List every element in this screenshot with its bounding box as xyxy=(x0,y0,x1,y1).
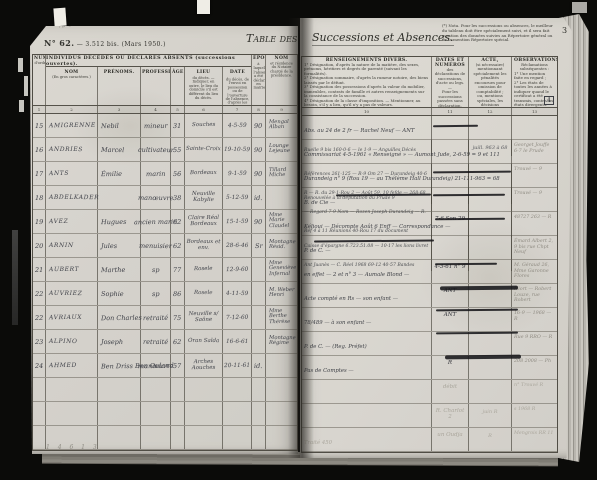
col-header-dates-numeros: DATES ET NUMÉROS des déclarations de suc… xyxy=(432,57,469,107)
cell-date: 5-12-59 xyxy=(223,186,252,209)
cell-numero: 17 xyxy=(33,162,46,185)
register-row: 16 Andries Marcel cultivateur 55 Sainte-… xyxy=(33,138,297,162)
cell-numero xyxy=(33,402,46,425)
cell-notaire xyxy=(266,426,297,449)
col-number: 8 xyxy=(252,106,266,113)
cell-dates-numeros xyxy=(432,332,469,355)
register-row: 22 Auvriez Sophie sp 86 Rosele 4-11-59 M… xyxy=(33,282,297,306)
entry-age: 38 xyxy=(173,193,181,201)
cell-acte xyxy=(469,332,512,355)
entry-nom: Avez xyxy=(49,218,68,225)
cell-epoque xyxy=(252,402,266,425)
cell-numero: 22 xyxy=(33,306,46,329)
cell-renseignements: Acte compté en Rs — son enfant — xyxy=(302,284,432,307)
entry-profession: marin xyxy=(146,169,166,177)
entry-lieu: Arches Aouches xyxy=(185,360,222,372)
cell-notaire: Mme Geneviève Infernal xyxy=(266,258,297,281)
form-number-bold: N° 62. xyxy=(44,38,74,48)
entry-numero: 16 xyxy=(35,145,43,153)
col-number: 11 xyxy=(432,108,469,115)
cell-profession: mineur xyxy=(141,114,171,137)
entry-dates: ANT xyxy=(434,312,466,318)
entry-numero: 21 xyxy=(35,265,43,273)
cell-dates-numeros: R. Charlot 2 xyxy=(432,404,469,427)
cell-lieu: Bordeaux xyxy=(185,162,223,185)
entry-prenoms: Jules xyxy=(101,241,117,249)
col-header-lieu: LIEU du décès. — Indiquer, en outre, le … xyxy=(185,67,223,105)
entry-epoque: id. xyxy=(254,193,262,201)
entry-nom: Avriaux xyxy=(49,314,82,321)
form-number: N° 62. — 3.512 bis. (Mars 1950.) xyxy=(44,38,166,48)
entry-epoque: 90 xyxy=(254,121,262,129)
cell-epoque: 90 xyxy=(252,114,266,137)
col-label: PROFESSIONS. xyxy=(142,70,169,75)
cell-observations: s 1968 R xyxy=(512,404,557,427)
cell-lieu: Neuville s/ Saône xyxy=(185,306,223,329)
entry-epoque: 90 xyxy=(254,217,262,225)
entry-prenoms: Émilie xyxy=(101,169,122,177)
cell-prenoms: Ben Driss Ben Ouland xyxy=(98,354,141,377)
entry-observations: M. Géraud 26, Mme Garonne Flores xyxy=(514,263,555,280)
page-title-right: Successions et Absences. xyxy=(312,31,454,46)
cell-age: 62 xyxy=(171,330,185,353)
col-note: 4° Désignation de la classe d'imposition… xyxy=(304,99,429,107)
entry-nom: Ahmed xyxy=(49,362,77,369)
cell-notaire xyxy=(266,354,297,377)
cell-lieu: Rosele xyxy=(185,282,223,305)
cell-numero xyxy=(33,426,46,449)
col-header-observations: OBSERVATIONS. Réclamations subséquentes … xyxy=(512,57,557,107)
entry-lieu: Bordeaux et env. xyxy=(185,240,222,252)
cell-age: 56 xyxy=(171,162,185,185)
col-number: 10 xyxy=(302,108,432,115)
entry-notaire: Mme Marie Claudel xyxy=(269,213,297,230)
cell-date: 16-6-61 xyxy=(223,330,252,353)
scanned-register-spread: 72 4 N° 62. — 3.512 bis. (Mars 1950.) Ta… xyxy=(0,0,597,480)
cell-epoque xyxy=(252,426,266,449)
entry-age: 62 xyxy=(173,241,181,249)
register-row: 23 Alpino Joseph retraité 62 Oran Saïda … xyxy=(33,330,297,354)
entry-lieu: Oran Saïda xyxy=(188,339,219,345)
col-group-individus: INDIVIDUS DÉCÉDÉS OU DÉCLARÉS ABSENTS (s… xyxy=(46,55,252,105)
cell-date: 12-9-60 xyxy=(223,258,252,281)
entry-prenoms: Joseph xyxy=(101,337,123,345)
cell-age: 86 xyxy=(171,282,185,305)
register-row-notes: P. de C. — Émard Albert 2, 9 bis rue Chp… xyxy=(302,236,557,260)
register-row-notes: B. de Cie — Trouvé — 9 xyxy=(302,188,557,212)
cell-age: 62 xyxy=(171,234,185,257)
cell-prenoms: Don Charles xyxy=(98,306,141,329)
col-number: 4 xyxy=(141,106,171,113)
register-row: 19 Avez Hugues ancien marin 62 Claire Ré… xyxy=(33,210,297,234)
cell-profession: retraité xyxy=(141,330,171,353)
cell-numero: 15 xyxy=(33,114,46,137)
entry-prenoms: Sophie xyxy=(101,289,124,297)
register-row-notes: Durandeig n° 9 (Rou 19 — au Thélème Hall… xyxy=(302,164,557,188)
cell-epoque: id. xyxy=(252,186,266,209)
cell-numero xyxy=(33,378,46,401)
entry-profession: sp xyxy=(152,265,160,273)
col-number: 2 xyxy=(46,106,98,113)
col-number: 6 xyxy=(185,106,223,113)
cell-age: 38 xyxy=(171,186,185,209)
cell-renseignements: Pas de Comptes — xyxy=(302,356,432,379)
column-numbers-row: 10 11 12 13 xyxy=(302,108,557,116)
cell-renseignements xyxy=(302,404,432,427)
page-number: 3 xyxy=(562,26,567,35)
col-header-professions: PROFESSIONS. xyxy=(141,67,171,105)
cell-renseignements: en effet — 2 et n° 3 — Aumale Blond — xyxy=(302,260,432,283)
footnote: (*) Nota. Pour les successions ou absenc… xyxy=(442,24,554,43)
cell-numero: 23 xyxy=(33,330,46,353)
cell-prenoms: Marthe xyxy=(98,258,141,281)
entry-notaire: Montagne Résid. xyxy=(269,240,297,251)
entry-nom: Amigrenne xyxy=(49,122,96,130)
col-header-numero: NUMÉRO d'ordre. xyxy=(33,55,46,105)
register-row: 21 Aubert Marthe sp 77 Rosele 12-9-60 Mm… xyxy=(33,258,297,282)
entry-epoque: id. xyxy=(254,361,262,369)
entry-nom: Alpino xyxy=(49,338,78,345)
cell-epoque: id. xyxy=(252,354,266,377)
cell-age xyxy=(171,426,185,449)
entry-notaire: Montagne Régime xyxy=(269,336,297,347)
entry-lieu: Souches xyxy=(192,122,215,128)
entry-dates: R. Charlot 2 xyxy=(434,408,466,420)
entry-date: 19-10-59 xyxy=(224,146,250,152)
col-note: (En gros caractères.) xyxy=(49,75,93,79)
cell-nom: Abdelkader xyxy=(46,186,98,209)
register-row: 24 Ahmed Ben Driss Ben Ouland manœuvre 5… xyxy=(33,354,297,378)
entry-observations: Mengrois RR 11 xyxy=(514,431,555,437)
page-title-left: Table des xyxy=(246,32,297,45)
cell-age xyxy=(171,378,185,401)
cell-epoque: Sr xyxy=(252,234,266,257)
cell-nom: Andries xyxy=(46,138,98,161)
cell-profession: retraité xyxy=(141,306,171,329)
entry-profession: cultivateur xyxy=(138,145,174,153)
entry-epoque: 90 xyxy=(254,169,262,177)
cell-nom: Alpino xyxy=(46,330,98,353)
entry-numero: 15 xyxy=(35,121,43,129)
entry-notaire: Mengal Alban xyxy=(269,120,297,131)
cell-nom: Ants xyxy=(46,162,98,185)
cell-profession: manœuvre xyxy=(141,354,171,377)
cell-lieu: Claire Réal Bordeaux xyxy=(185,210,223,233)
cell-acte xyxy=(469,284,512,307)
entry-lieu: Sainte-Croix xyxy=(186,146,221,152)
cell-renseignements xyxy=(302,380,432,403)
cell-epoque xyxy=(252,378,266,401)
cell-observations: 208 2008 — Ph xyxy=(512,356,557,379)
entry-renseignements: Pas de Comptes — xyxy=(304,368,354,374)
right-page: Successions et Absences. (*) Nota. Pour … xyxy=(300,18,572,458)
register-row-notes: Traité 450 un Oudja R Mengrois RR 11 xyxy=(302,428,557,452)
cell-nom: Amigrenne xyxy=(46,114,98,137)
entry-numero: 22 xyxy=(35,289,43,297)
entry-observations: 208 2008 — Ph xyxy=(514,359,555,365)
entry-nom: Ants xyxy=(49,170,69,177)
cell-lieu: Bordeaux et env. xyxy=(185,234,223,257)
col-number: 3 xyxy=(98,106,141,113)
col-note: du décès, de l'envoi en possession ou de… xyxy=(225,78,249,105)
cell-nom xyxy=(46,378,98,401)
entry-lieu: Bordeaux xyxy=(190,170,217,176)
entry-prenoms: Hugues xyxy=(101,217,126,225)
cell-profession: manœuvre xyxy=(141,186,171,209)
cell-date xyxy=(223,426,252,449)
entry-age: 77 xyxy=(173,265,181,273)
entry-nom: Arnin xyxy=(49,242,74,249)
cell-epoque xyxy=(252,306,266,329)
col-number: 7 xyxy=(223,106,252,113)
entry-date: 28-6-46 xyxy=(226,242,248,248)
col-note: des déclarations de successions, d'acte … xyxy=(434,68,466,86)
entry-date: 4-11-59 xyxy=(226,290,248,296)
cell-observations: M. Géraud 26, Mme Garonne Flores xyxy=(512,260,557,283)
col-header-prenoms: PRÉNOMS. xyxy=(98,67,141,105)
cell-prenoms xyxy=(98,186,141,209)
cell-profession: cultivateur xyxy=(141,138,171,161)
entry-notaire: M. Weber Henri xyxy=(269,288,297,299)
col-note: mentionnant spécialement les pénalités e… xyxy=(471,67,509,94)
cell-numero: 19 xyxy=(33,210,46,233)
cell-date: 9-1-59 xyxy=(223,162,252,185)
entry-dates: 4-3-61 n° 9 xyxy=(434,264,466,270)
cell-nom: Avez xyxy=(46,210,98,233)
cell-age: 55 xyxy=(171,138,185,161)
entry-notaire: Mme Geneviève Infernal xyxy=(269,261,297,278)
entry-acte: juin R xyxy=(471,409,509,415)
cell-dates-numeros xyxy=(432,188,469,211)
entry-date: 20-11-61 xyxy=(224,362,250,368)
cell-date: 4-11-59 xyxy=(223,282,252,305)
cell-prenoms: Jules xyxy=(98,234,141,257)
entry-observations: 48727 263 — R xyxy=(514,215,555,221)
pencil-page-marks: 1 4 6 1 3 xyxy=(46,444,100,451)
cell-numero: 18 xyxy=(33,186,46,209)
entry-dates: débit xyxy=(434,384,466,390)
cell-acte xyxy=(469,380,512,403)
col-header-renseignements: RENSEIGNEMENTS DIVERS. 1° Désignation, d… xyxy=(302,57,432,107)
cell-profession: sp xyxy=(141,282,171,305)
entry-notaire: Mme Berthe Thérèse xyxy=(269,309,297,326)
cell-date: 15-1-59 xyxy=(223,210,252,233)
cell-lieu: Souches xyxy=(185,114,223,137)
entry-lieu: Neuville Kabylie xyxy=(185,192,222,204)
cell-lieu xyxy=(185,426,223,449)
cell-profession xyxy=(141,426,171,449)
col-number: 1 xyxy=(33,106,46,113)
cell-lieu xyxy=(185,402,223,425)
cell-prenoms: Nebil xyxy=(98,114,141,137)
cell-nom xyxy=(46,402,98,425)
col-number: 13 xyxy=(512,108,557,115)
cell-prenoms: Marcel xyxy=(98,138,141,161)
entry-numero: 24 xyxy=(35,361,43,369)
group-header-band: INDIVIDUS DÉCÉDÉS OU DÉCLARÉS ABSENTS (s… xyxy=(46,55,251,67)
entry-profession: retraité xyxy=(143,337,168,345)
cell-observations: 16-9 — 1968 — R xyxy=(512,308,557,331)
cell-date: 20-11-61 xyxy=(223,354,252,377)
cell-profession: sp xyxy=(141,258,171,281)
film-edge-mark xyxy=(24,76,28,96)
entry-observations: Trouvé — 9 xyxy=(514,191,555,197)
entry-profession: sp xyxy=(152,289,160,297)
entry-date: 5-12-59 xyxy=(226,194,248,200)
cell-epoque xyxy=(252,330,266,353)
entry-profession: menuisier xyxy=(139,241,172,249)
entry-dates: un Oudja xyxy=(434,432,466,438)
register-row-notes: en effet — 2 et n° 3 — Aumale Blond — 4-… xyxy=(302,260,557,284)
cell-age: 75 xyxy=(171,306,185,329)
col-header-notaire: NOM et résidence du Notaire chargé de la… xyxy=(266,55,297,105)
cell-dates-numeros: 4-3-61 n° 9 xyxy=(432,260,469,283)
entry-observations: Niort — Robert Louze, rue Robert xyxy=(514,287,555,304)
cell-acte xyxy=(469,188,512,211)
cell-lieu: Oran Saïda xyxy=(185,330,223,353)
cell-nom: Aubert xyxy=(46,258,98,281)
cell-notaire: Tillard Miche xyxy=(266,162,297,185)
cell-lieu: Rosele xyxy=(185,258,223,281)
cell-numero: 16 xyxy=(33,138,46,161)
col-note: 1° Désignation, d'après la nature de la … xyxy=(304,63,429,76)
cell-date: 19-10-59 xyxy=(223,138,252,161)
cell-acte xyxy=(469,236,512,259)
entry-acte: R xyxy=(471,433,509,439)
col-note: à laquelle l'absence a été déclarée en m… xyxy=(254,63,264,91)
cell-observations: Émard Albert 2, 9 bis rue Chpt Neuf xyxy=(512,236,557,259)
cell-lieu: Sainte-Croix xyxy=(185,138,223,161)
cell-dates-numeros: débit xyxy=(432,380,469,403)
entry-prenoms: Marthe xyxy=(101,265,125,273)
entry-profession: mineur xyxy=(144,121,168,129)
cell-prenoms: Joseph xyxy=(98,330,141,353)
cell-observations: Mengrois RR 11 xyxy=(512,428,557,451)
cell-renseignements: P. de C. — (Reg. Préfet) xyxy=(302,332,432,355)
cell-acte xyxy=(469,260,512,283)
entry-date: 12-9-60 xyxy=(226,266,248,272)
cell-date: 7-12-60 xyxy=(223,306,252,329)
cell-notaire: Mme Marie Claudel xyxy=(266,210,297,233)
paper-tab xyxy=(197,0,210,14)
entry-lieu: Claire Réal Bordeaux xyxy=(185,216,222,228)
col-header-age: ÂGE. xyxy=(171,67,185,105)
cell-observations: n° Trouvé R xyxy=(512,380,557,403)
entry-numero: 22 xyxy=(35,313,43,321)
entry-prenoms: Nebil xyxy=(101,121,119,129)
cell-acte: R xyxy=(469,428,512,451)
entry-renseignements: Traité 450 xyxy=(304,440,332,446)
register-row: 17 Ants Émilie marin 56 Bordeaux 9-1-59 … xyxy=(33,162,297,186)
entry-observations: n° Trouvé R xyxy=(514,383,555,389)
entry-date: 7-12-60 xyxy=(226,314,248,320)
left-page: 72 4 N° 62. — 3.512 bis. (Mars 1950.) Ta… xyxy=(30,26,298,454)
film-edge-mark xyxy=(18,58,23,72)
cell-dates-numeros xyxy=(432,236,469,259)
entry-dates: 7-6 Son 29 xyxy=(434,216,466,222)
entry-profession: manœuvre xyxy=(138,193,174,201)
cell-epoque xyxy=(252,282,266,305)
cell-epoque: 90 xyxy=(252,138,266,161)
entry-renseignements: Abs. au 24 de 2 fr — Rachel Neuf — ANT xyxy=(304,128,414,134)
entry-date: 15-1-59 xyxy=(226,218,248,224)
entry-renseignements: en effet — 2 et n° 3 — Aumale Blond — xyxy=(304,272,409,278)
entry-renseignements: P. de C. — xyxy=(304,248,331,254)
entry-renseignements: Acte compté en Rs — son enfant — xyxy=(304,296,398,302)
entry-lieu: Neuville s/ Saône xyxy=(185,312,222,324)
cell-epoque xyxy=(252,258,266,281)
cell-date: 4-5-59 xyxy=(223,114,252,137)
entry-numero: 20 xyxy=(35,241,43,249)
group-header-label: INDIVIDUS DÉCÉDÉS OU DÉCLARÉS ABSENTS (s… xyxy=(46,55,251,67)
register-row-notes: Pas de Comptes — R 208 2008 — Ph xyxy=(302,356,557,380)
cell-profession: marin xyxy=(141,162,171,185)
entry-age: 62 xyxy=(173,217,181,225)
entry-age: 62 xyxy=(173,337,181,345)
col-number: 12 xyxy=(469,108,512,115)
cell-age xyxy=(171,402,185,425)
cell-acte xyxy=(469,308,512,331)
register-row-notes: R. Charlot 2 juin R s 1968 R xyxy=(302,404,557,428)
col-label: ÂGE. xyxy=(172,70,183,75)
cell-date xyxy=(223,378,252,401)
entry-nom: Auvriez xyxy=(49,290,82,297)
cell-dates-numeros: un Oudja xyxy=(432,428,469,451)
cell-lieu: Neuville Kabylie xyxy=(185,186,223,209)
entry-nom: Abdelkader xyxy=(49,194,99,201)
cell-prenoms xyxy=(98,402,141,425)
register-row: 22 Avriaux Don Charles retraité 75 Neuvi… xyxy=(33,306,297,330)
column-numbers-row: 1 2 3 4 5 6 7 8 9 xyxy=(33,106,297,114)
register-row: 18 Abdelkader manœuvre 38 Neuville Kabyl… xyxy=(33,186,297,210)
col-label: ÉPOQUE xyxy=(253,56,264,61)
cell-observations: Niort — Robert Louze, rue Robert xyxy=(512,284,557,307)
cell-dates-numeros: R xyxy=(432,356,469,379)
entry-age: 75 xyxy=(173,313,181,321)
col-label: LIEU xyxy=(186,70,221,75)
entry-epoque: 90 xyxy=(254,145,262,153)
entry-observations: Rue 9 RRO — R xyxy=(514,335,555,341)
left-register-table: NUMÉRO d'ordre. INDIVIDUS DÉCÉDÉS OU DÉC… xyxy=(32,54,298,451)
cell-renseignements: B. de Cie — xyxy=(302,188,432,211)
cell-lieu: Arches Aouches xyxy=(185,354,223,377)
entry-age: 31 xyxy=(173,121,181,129)
cell-nom: Avriaux xyxy=(46,306,98,329)
register-row-notes: Abs. au 24 de 2 fr — Rachel Neuf — ANT R… xyxy=(302,116,557,140)
entry-numero: 18 xyxy=(35,193,43,201)
col-header-epoque: ÉPOQUE à laquelle l'absence a été déclar… xyxy=(252,55,266,105)
paper-tab xyxy=(572,2,587,13)
cell-notaire: Mengal Alban xyxy=(266,114,297,137)
entry-age: 57 xyxy=(173,361,181,369)
cell-acte xyxy=(469,356,512,379)
entry-profession: retraité xyxy=(143,313,168,321)
cell-epoque: 90 xyxy=(252,210,266,233)
register-row: 15 Amigrenne Nebil mineur 31 Souches 4-5… xyxy=(33,114,297,138)
col-label: DATE xyxy=(224,70,251,75)
entry-age: 86 xyxy=(173,289,181,297)
register-row-notes: 78/489 — à son enfant — ANT 16-9 — 1968 … xyxy=(302,308,557,332)
cell-prenoms xyxy=(98,378,141,401)
entry-observations: Trouvé — 9 xyxy=(514,167,555,173)
register-row-notes: Kélioui — Décompte Août 6 Enff — Corresp… xyxy=(302,212,557,236)
register-row-notes: débit n° Trouvé R xyxy=(302,380,557,404)
col-header-acte: ACTE, (si nécessaire) mentionnant spécia… xyxy=(469,57,512,107)
cell-notaire xyxy=(266,378,297,401)
cell-numero: 22 xyxy=(33,282,46,305)
col-label: PRÉNOMS. xyxy=(99,70,139,75)
cell-date: 28-6-46 xyxy=(223,234,252,257)
